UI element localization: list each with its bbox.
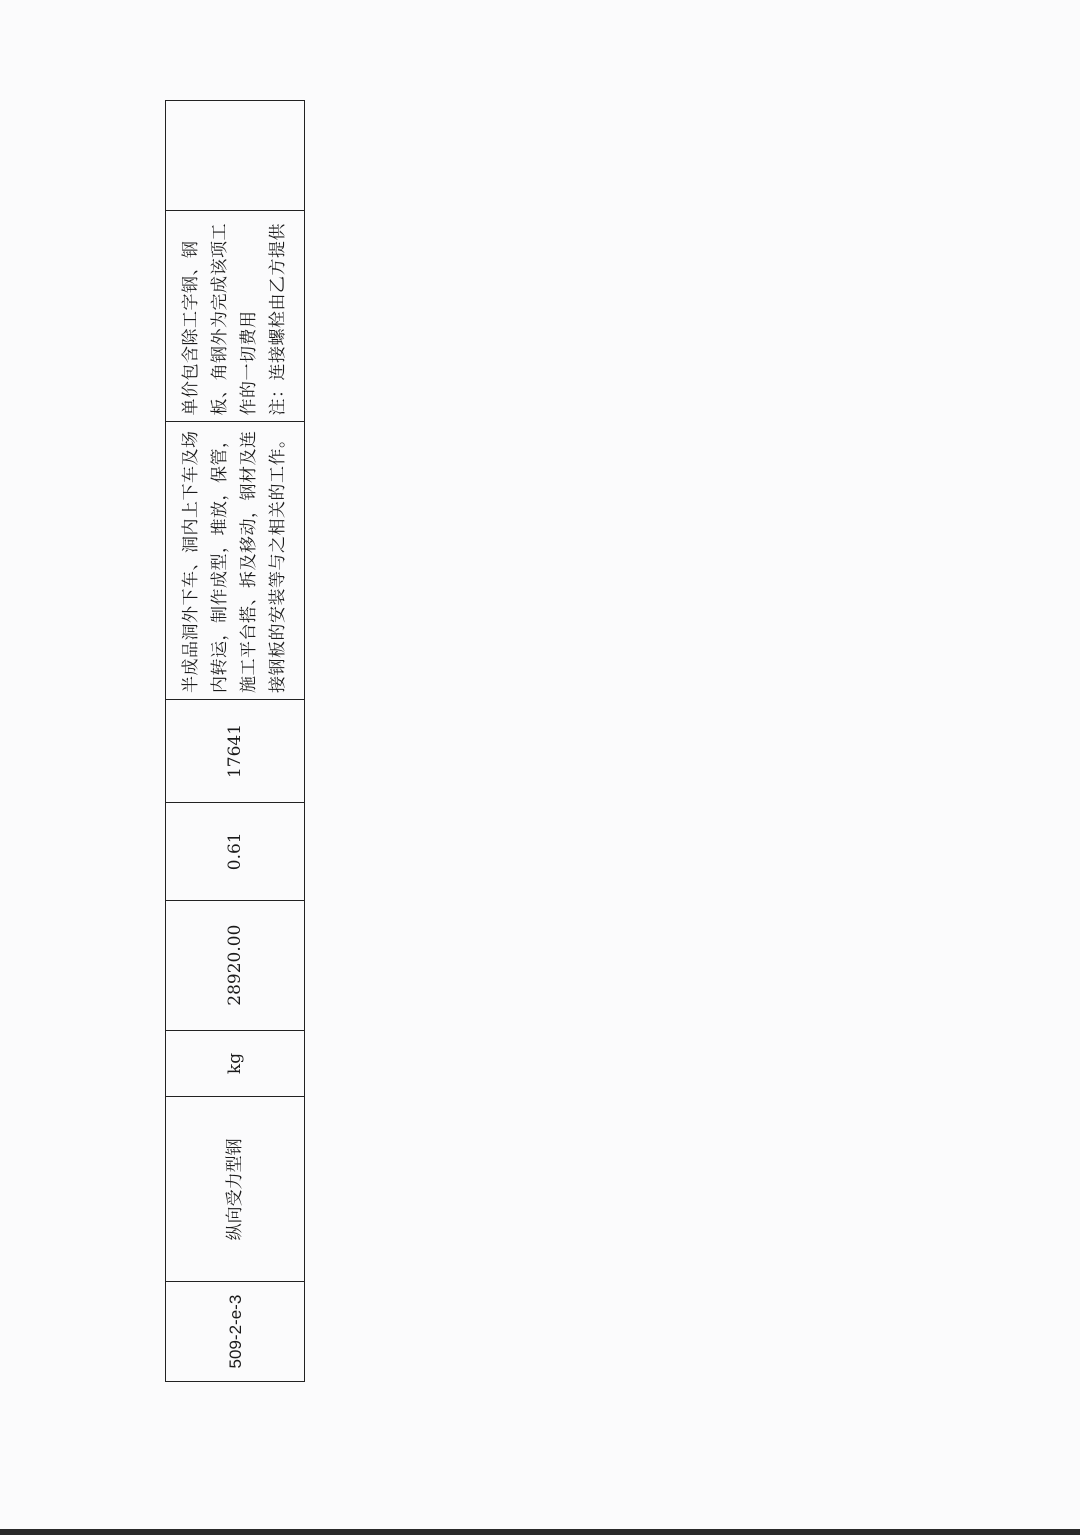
remark-cell: 单价包含除工字钢、钢板、角钢外为完成该项工作的一切费用 注：连接螺栓由乙方提供: [166, 210, 304, 422]
item-name-cell: 纵向受力型钢: [166, 1096, 304, 1281]
total-cell: 17641: [166, 699, 304, 802]
unit-price-cell: 0.61: [166, 802, 304, 900]
bill-of-quantities-table: 509-2-e-3 纵向受力型钢 kg 28920.00 0.61 17641 …: [165, 100, 305, 1382]
item-code-cell: 509-2-e-3: [166, 1281, 304, 1381]
quantity-cell: 28920.00: [166, 900, 304, 1030]
work-content-text: 半成品洞外下车、洞内上下车及场内转运，制作成型，堆放，保管，施工平台搭、拆及移动…: [177, 429, 293, 694]
unit-cell: kg: [166, 1030, 304, 1097]
table-row: 509-2-e-3 纵向受力型钢 kg 28920.00 0.61 17641 …: [165, 100, 305, 1382]
blank-cell: [166, 101, 304, 210]
work-content-cell: 半成品洞外下车、洞内上下车及场内转运，制作成型，堆放，保管，施工平台搭、拆及移动…: [166, 422, 304, 700]
scan-edge: [0, 1529, 1080, 1535]
remark-text: 单价包含除工字钢、钢板、角钢外为完成该项工作的一切费用 注：连接螺栓由乙方提供: [177, 217, 293, 416]
